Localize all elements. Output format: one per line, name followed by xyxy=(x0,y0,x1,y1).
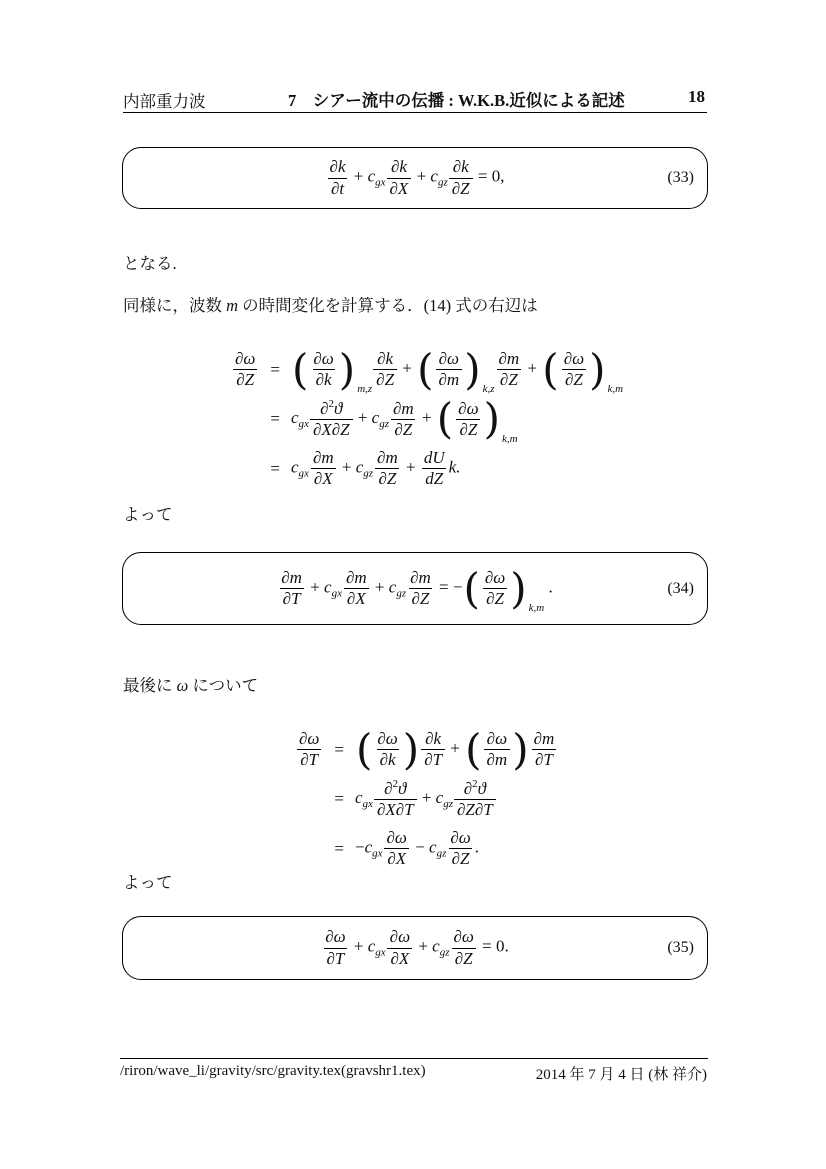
fraction: ∂2ϑ∂X∂T xyxy=(374,778,417,820)
footer-rule xyxy=(120,1058,708,1059)
align-lhs: ∂ω∂Z xyxy=(231,349,259,390)
paren-group: (∂ω∂k) xyxy=(355,729,420,770)
paren-group: (∂ω∂m)k,z xyxy=(416,349,494,390)
fraction: ∂m∂Z xyxy=(390,399,417,440)
fraction: ∂ω∂Z xyxy=(561,349,587,390)
align-relation: = xyxy=(323,789,355,809)
fraction: ∂m∂T xyxy=(531,729,558,770)
fraction: ∂ω∂T xyxy=(296,729,322,770)
align-relation: = xyxy=(323,740,355,760)
equation-35-number: (35) xyxy=(667,939,694,957)
fraction: ∂ω∂Z xyxy=(232,349,258,390)
align-relation: = xyxy=(259,409,291,429)
align-relation: = xyxy=(259,360,291,380)
fraction: ∂ω∂Z xyxy=(455,399,481,440)
fraction: ∂ω∂Z xyxy=(482,568,508,609)
fraction: ∂ω∂Z xyxy=(451,927,477,968)
equation-35: ∂ω∂T + cgx∂ω∂X + cgz∂ω∂Z = 0. xyxy=(321,927,509,968)
fraction: ∂ω∂T xyxy=(322,927,348,968)
paren-group: (∂ω∂m) xyxy=(464,729,529,770)
fraction: dUdZ xyxy=(421,448,448,489)
derivation-domega-dt: ∂ω∂T=(∂ω∂k)∂k∂T + (∂ω∂m)∂m∂T=cgx∂2ϑ∂X∂T … xyxy=(295,729,558,869)
fraction: ∂k∂Z xyxy=(373,349,397,390)
header-rule xyxy=(123,112,707,113)
equation-box-34: ∂m∂T + cgx∂m∂X + cgz∂m∂Z = −(∂ω∂Z)k,m . … xyxy=(122,552,708,625)
derivation-domega-dz: ∂ω∂Z=(∂ω∂k)m,z∂k∂Z + (∂ω∂m)k,z∂m∂Z + (∂ω… xyxy=(231,349,623,489)
footer-date-author: 2014 年 7 月 4 日 (林 祥介) xyxy=(536,1063,707,1084)
align-rhs: (∂ω∂k)m,z∂k∂Z + (∂ω∂m)k,z∂m∂Z + (∂ω∂Z)k,… xyxy=(291,349,623,390)
footer-file-path: /riron/wave_li/gravity/src/gravity.tex(g… xyxy=(120,1063,426,1080)
fraction: ∂2ϑ∂Z∂T xyxy=(454,778,496,820)
align-lhs: ∂ω∂T xyxy=(295,729,323,770)
header-page-number: 18 xyxy=(688,87,705,107)
fraction: ∂m∂T xyxy=(278,568,305,609)
paren-group: (∂ω∂k)m,z xyxy=(291,349,372,390)
fraction: ∂ω∂X xyxy=(384,828,410,869)
fraction: ∂ω∂k xyxy=(310,349,336,390)
paragraph-douyou: 同様に，波数 m の時間変化を計算する．(14) 式の右辺は xyxy=(123,296,538,317)
equation-34-number: (34) xyxy=(667,580,694,598)
paragraph-yotte-2: よって xyxy=(123,873,173,894)
fraction: ∂m∂Z xyxy=(374,448,401,489)
fraction: ∂ω∂Z xyxy=(447,828,473,869)
equation-33: ∂k∂t + cgx∂k∂X + cgz∂k∂Z = 0, xyxy=(326,157,505,198)
paren-group: (∂ω∂Z)k,m xyxy=(436,399,518,440)
fraction: ∂k∂T xyxy=(421,729,445,770)
align-rhs: cgx∂2ϑ∂X∂Z + cgz∂m∂Z + (∂ω∂Z)k,m xyxy=(291,398,623,440)
fraction: ∂m∂X xyxy=(343,568,370,609)
equation-box-33: ∂k∂t + cgx∂k∂X + cgz∂k∂Z = 0, (33) xyxy=(122,147,708,209)
equation-33-number: (33) xyxy=(667,169,694,187)
fraction: ∂m∂X xyxy=(310,448,337,489)
fraction: ∂m∂Z xyxy=(407,568,434,609)
paren-group: (∂ω∂Z)k,m xyxy=(462,568,544,609)
align-rhs: (∂ω∂k)∂k∂T + (∂ω∂m)∂m∂T xyxy=(355,729,558,770)
equation-box-35: ∂ω∂T + cgx∂ω∂X + cgz∂ω∂Z = 0. (35) xyxy=(122,916,708,980)
document-page: 内部重力波 7 シアー流中の伝播 : W.K.B.近似による記述 18 ∂k∂t… xyxy=(0,0,826,1169)
fraction: ∂m∂Z xyxy=(496,349,523,390)
paragraph-tonaru: となる. xyxy=(123,254,177,275)
align-rhs: cgx∂2ϑ∂X∂T + cgz∂2ϑ∂Z∂T xyxy=(355,778,558,820)
header-section-title: 7 シアー流中の伝播 : W.K.B.近似による記述 xyxy=(288,87,625,111)
align-relation: = xyxy=(323,839,355,859)
fraction: ∂k∂X xyxy=(387,157,412,198)
align-rhs: −cgx∂ω∂X − cgz∂ω∂Z. xyxy=(355,828,558,869)
fraction: ∂ω∂k xyxy=(374,729,400,770)
paren-group: (∂ω∂Z)k,m xyxy=(541,349,623,390)
fraction: ∂ω∂X xyxy=(387,927,413,968)
align-rhs: cgx∂m∂X + cgz∂m∂Z + dUdZk. xyxy=(291,448,623,489)
header-document-title: 内部重力波 xyxy=(123,88,206,112)
fraction: ∂k∂Z xyxy=(449,157,473,198)
fraction: ∂2ϑ∂X∂Z xyxy=(310,398,353,440)
paragraph-saigo: 最後に ω について xyxy=(123,676,258,697)
fraction: ∂k∂t xyxy=(327,157,349,198)
equation-34: ∂m∂T + cgx∂m∂X + cgz∂m∂Z = −(∂ω∂Z)k,m . xyxy=(277,568,552,609)
align-relation: = xyxy=(259,459,291,479)
paragraph-yotte-1: よって xyxy=(123,505,173,526)
fraction: ∂ω∂m xyxy=(436,349,463,390)
fraction: ∂ω∂m xyxy=(484,729,511,770)
